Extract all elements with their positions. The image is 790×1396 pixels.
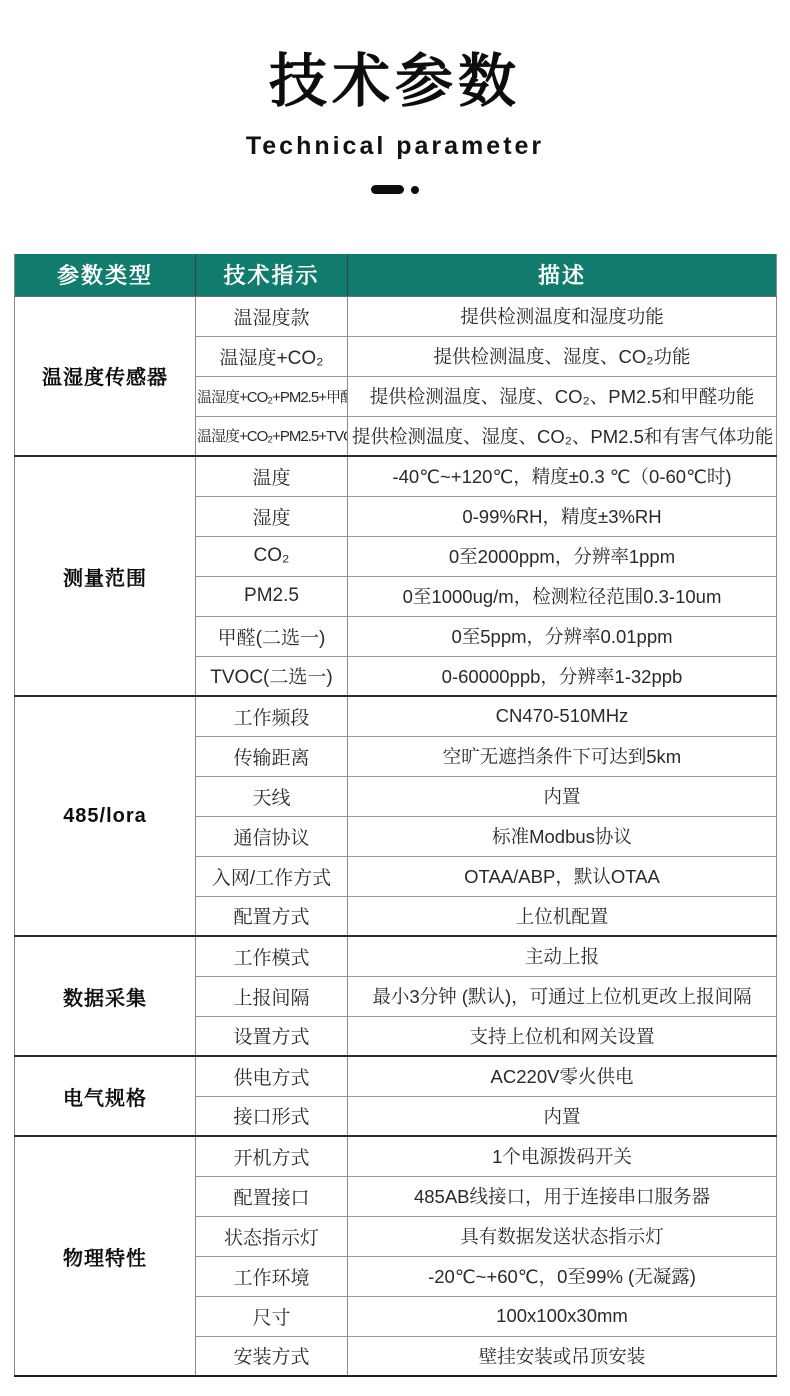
category-cell: 数据采集: [15, 936, 196, 1056]
description-cell: 标准Modbus协议: [348, 816, 777, 856]
dash-decoration: [371, 185, 404, 194]
description-cell: 主动上报: [348, 936, 777, 976]
dot-decoration: [411, 186, 419, 194]
description-cell: AC220V零火供电: [348, 1056, 777, 1096]
description-cell: 上位机配置: [348, 896, 777, 936]
indicator-cell: 上报间隔: [196, 976, 348, 1016]
indicator-cell: 温湿度款: [196, 296, 348, 336]
indicator-cell: 传输距离: [196, 736, 348, 776]
indicator-cell: 温湿度+CO₂: [196, 336, 348, 376]
page-title: 技术参数: [0, 34, 790, 118]
column-header-technical-indicator: 技术指示: [196, 254, 348, 296]
page-subtitle: Technical parameter: [0, 132, 790, 161]
indicator-cell: 供电方式: [196, 1056, 348, 1096]
indicator-cell: 工作频段: [196, 696, 348, 736]
category-cell: 电气规格: [15, 1056, 196, 1136]
description-cell: -20℃~+60℃，0至99% (无凝露): [348, 1256, 777, 1296]
description-cell: 具有数据发送状态指示灯: [348, 1216, 777, 1256]
table-row: 电气规格供电方式AC220V零火供电: [15, 1056, 777, 1096]
description-cell: 485AB线接口，用于连接串口服务器: [348, 1176, 777, 1216]
indicator-cell: 开机方式: [196, 1136, 348, 1176]
indicator-cell: 尺寸: [196, 1296, 348, 1336]
column-header-description: 描述: [348, 254, 777, 296]
indicator-cell: 温湿度+CO₂+PM2.5+甲醛: [196, 376, 348, 416]
description-cell: OTAA/ABP，默认OTAA: [348, 856, 777, 896]
indicator-cell: 配置方式: [196, 896, 348, 936]
description-cell: 提供检测温度、湿度、CO₂、PM2.5和有害气体功能: [348, 416, 777, 456]
column-header-parameter-type: 参数类型: [15, 254, 196, 296]
indicator-cell: 天线: [196, 776, 348, 816]
table-row: 数据采集工作模式主动上报: [15, 936, 777, 976]
description-cell: 0-99%RH，精度±3%RH: [348, 496, 777, 536]
spec-table: 参数类型 技术指示 描述 温湿度传感器温湿度款提供检测温度和湿度功能温湿度+CO…: [14, 254, 777, 1377]
description-cell: CN470-510MHz: [348, 696, 777, 736]
table-row: 测量范围温度-40℃~+120℃，精度±0.3 ℃（0-60℃时): [15, 456, 777, 496]
indicator-cell: PM2.5: [196, 576, 348, 616]
indicator-cell: 入网/工作方式: [196, 856, 348, 896]
category-cell: 物理特性: [15, 1136, 196, 1376]
table-row: 485/lora工作频段CN470-510MHz: [15, 696, 777, 736]
indicator-cell: CO₂: [196, 536, 348, 576]
indicator-cell: 温度: [196, 456, 348, 496]
indicator-cell: 接口形式: [196, 1096, 348, 1136]
table-header-row: 参数类型 技术指示 描述: [15, 254, 777, 296]
description-cell: 壁挂安装或吊顶安装: [348, 1336, 777, 1376]
description-cell: 0至5ppm，分辨率0.01ppm: [348, 616, 777, 656]
indicator-cell: 状态指示灯: [196, 1216, 348, 1256]
description-cell: 100x100x30mm: [348, 1296, 777, 1336]
description-cell: -40℃~+120℃，精度±0.3 ℃（0-60℃时): [348, 456, 777, 496]
indicator-cell: 工作环境: [196, 1256, 348, 1296]
description-cell: 空旷无遮挡条件下可达到5km: [348, 736, 777, 776]
indicator-cell: 温湿度+CO₂+PM2.5+TVOC: [196, 416, 348, 456]
indicator-cell: 湿度: [196, 496, 348, 536]
description-cell: 内置: [348, 1096, 777, 1136]
description-cell: 支持上位机和网关设置: [348, 1016, 777, 1056]
title-block: 技术参数 Technical parameter: [0, 0, 790, 194]
indicator-cell: 通信协议: [196, 816, 348, 856]
description-cell: 1个电源拨码开关: [348, 1136, 777, 1176]
indicator-cell: 设置方式: [196, 1016, 348, 1056]
indicator-cell: 配置接口: [196, 1176, 348, 1216]
table-row: 温湿度传感器温湿度款提供检测温度和湿度功能: [15, 296, 777, 336]
description-cell: 内置: [348, 776, 777, 816]
title-underline-decoration: [0, 185, 790, 194]
description-cell: 最小3分钟 (默认)，可通过上位机更改上报间隔: [348, 976, 777, 1016]
indicator-cell: 工作模式: [196, 936, 348, 976]
description-cell: 提供检测温度和湿度功能: [348, 296, 777, 336]
category-cell: 测量范围: [15, 456, 196, 696]
indicator-cell: 甲醛(二选一): [196, 616, 348, 656]
description-cell: 0-60000ppb，分辨率1-32ppb: [348, 656, 777, 696]
indicator-cell: 安装方式: [196, 1336, 348, 1376]
category-cell: 温湿度传感器: [15, 296, 196, 456]
table-row: 物理特性开机方式1个电源拨码开关: [15, 1136, 777, 1176]
category-cell: 485/lora: [15, 696, 196, 936]
description-cell: 提供检测温度、湿度、CO₂功能: [348, 336, 777, 376]
description-cell: 0至2000ppm，分辨率1ppm: [348, 536, 777, 576]
indicator-cell: TVOC(二选一): [196, 656, 348, 696]
description-cell: 0至1000ug/m，检测粒径范围0.3-10um: [348, 576, 777, 616]
description-cell: 提供检测温度、湿度、CO₂、PM2.5和甲醛功能: [348, 376, 777, 416]
